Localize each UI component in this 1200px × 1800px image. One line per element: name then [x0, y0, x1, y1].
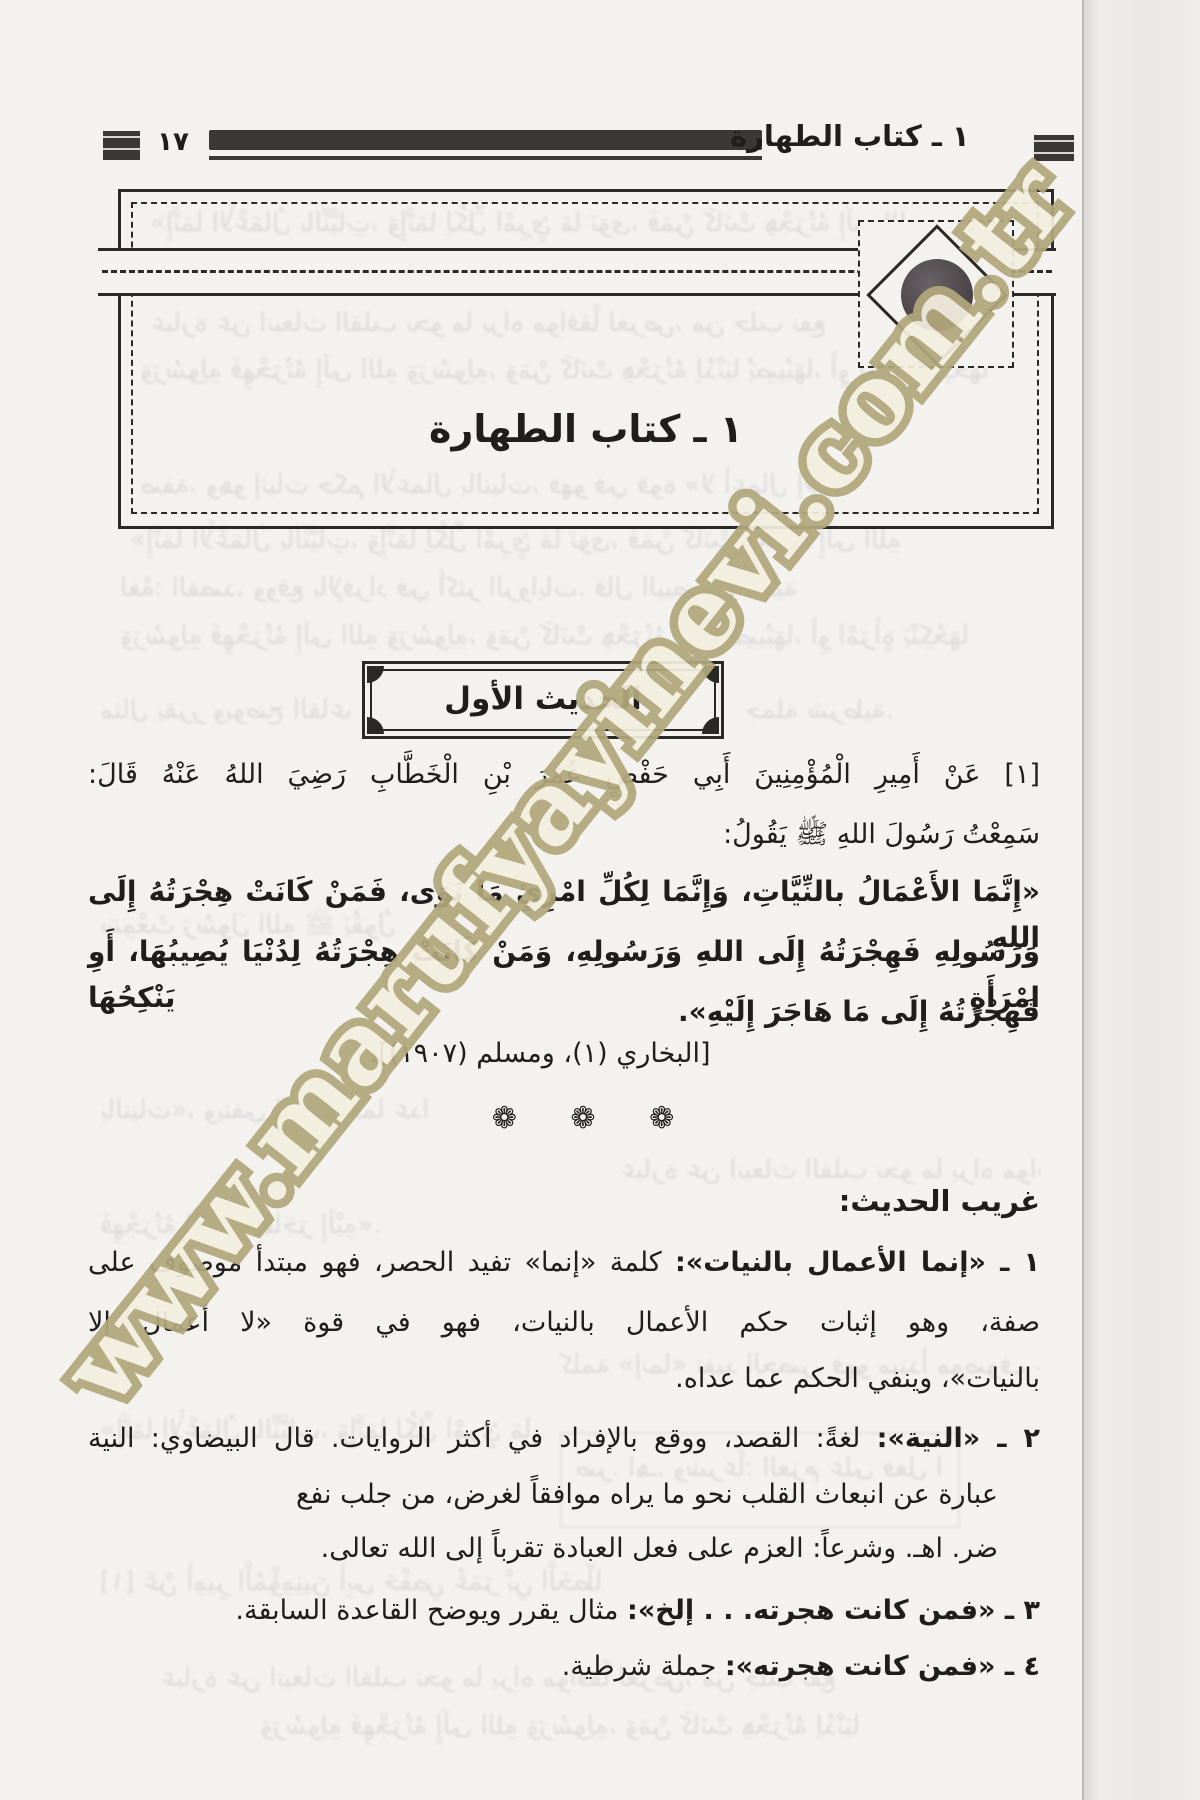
- running-header-title: ١ ـ كتاب الطهارة: [730, 116, 1002, 156]
- bleedthrough-line: لغةً: القصد، ووقع بالإفراد في أكثر الروا…: [120, 568, 1060, 608]
- bleedthrough-line: جملة شرطية.: [745, 690, 1045, 730]
- gharib-item-text: جملة شرطية.: [562, 1651, 717, 1682]
- gharib-item-text: مثال يقرر ويوضح القاعدة السابقة.: [235, 1595, 618, 1626]
- gharib-item-lead: ٣ ـ «فمن كانت هجرته. . . إلخ»:: [627, 1595, 1040, 1626]
- header-right-ornament-block: [1034, 135, 1074, 161]
- source-attribution: [البخاري (١)، ومسلم (١٩٠٧)].: [64, 1031, 1016, 1077]
- bleedthrough-line: مثال يقرر ويوضح القاعدة السابقة.: [100, 690, 350, 730]
- page-edge-shadow: [1082, 0, 1200, 1800]
- header-rule-thin: [209, 156, 762, 160]
- box-corner-notch: [367, 666, 384, 683]
- hadith-isnad-line: سَمِعْتُ رَسُولَ اللهِ ﷺ يَقُولُ:: [88, 812, 1040, 858]
- box-corner-notch: [702, 717, 719, 734]
- gharib-item-lead: ٤ ـ «فمن كانت هجرته»:: [725, 1651, 1040, 1682]
- flower-divider: ❁ ❁ ❁: [118, 1096, 1070, 1142]
- hadith-matn-line: وَرَسُولِهِ فَهِجْرَتُهُ إِلَى اللهِ وَر…: [88, 929, 1040, 975]
- gharib-item-line: ٢ ـ «النية»: لغةً: القصد، ووقع بالإفراد …: [88, 1416, 1040, 1462]
- header-rule-thick: [209, 130, 762, 150]
- hadith-isnad-line: [١] عَنْ أَمِيرِ الْمُؤْمِنِينَ أَبِي حَ…: [88, 752, 1040, 798]
- gharib-item-line: ١ ـ «إنما الأعمال بالنيات»: كلمة «إنما» …: [88, 1240, 1040, 1286]
- gharib-item-lead: ٢ ـ «النية»:: [877, 1423, 1040, 1454]
- flower-ornament-icon: ❁: [649, 1101, 696, 1136]
- chapter-title: ١ ـ كتاب الطهارة: [118, 398, 1054, 460]
- gharib-item-lead: ١ ـ «إنما الأعمال بالنيات»:: [675, 1247, 1040, 1278]
- gharib-item-line: ٣ ـ «فمن كانت هجرته. . . إلخ»: مثال يقرر…: [88, 1588, 1040, 1634]
- flower-ornament-icon: ❁: [492, 1101, 539, 1136]
- box-corner-notch: [702, 666, 719, 683]
- gharib-item-line: ٤ ـ «فمن كانت هجرته»: جملة شرطية.: [88, 1644, 1040, 1690]
- hadith-matn-line: «إِنَّمَا الأَعْمَالُ بالنِّيَّاتِ، وَإِ…: [88, 869, 1040, 915]
- gharib-item-text: لغةً: القصد، ووقع بالإفراد في أكثر الروا…: [88, 1423, 860, 1454]
- book-page-scan: «إِنَّمَا الأَعْمَالُ بالنِّيَّاتِ، وَإِ…: [0, 0, 1200, 1800]
- bleedthrough-line: وَرَسُولِهِ فَهِجْرَتُهُ إِلَى اللهِ وَر…: [260, 1706, 860, 1746]
- flower-ornament-icon: ❁: [570, 1101, 617, 1136]
- gharib-item-line: بالنيات»، وينفي الحكم عما عداه.: [88, 1356, 1040, 1402]
- gharib-item-line: ضر. اهـ. وشرعاً: العزم على فعل العبادة ت…: [88, 1526, 1040, 1572]
- corner-ornament: [858, 220, 1014, 368]
- hadith-matn-line: فَهِجْرَتُهُ إِلَى مَا هَاجَرَ إِلَيْهِ»…: [88, 989, 1040, 1035]
- gharib-item-line: صفة، وهو إثبات حكم الأعمال بالنيات، فهو …: [88, 1300, 1040, 1346]
- section-heading: غريب الحديث:: [88, 1178, 1040, 1224]
- hadith-heading-label: الحديث الأول: [444, 681, 642, 717]
- page-number: ١٧: [146, 124, 200, 160]
- circle-ornament-icon: [901, 259, 973, 331]
- gharib-item-line: عبارة عن انبعاث القلب نحو ما يراه موافقا…: [88, 1472, 1040, 1518]
- box-corner-notch: [367, 717, 384, 734]
- bleedthrough-line: وَرَسُولِهِ فَهِجْرَتُهُ إِلَى اللهِ وَر…: [120, 616, 1060, 656]
- header-left-ornament-block: [103, 131, 140, 160]
- hadith-heading-box: الحديث الأول: [362, 661, 724, 739]
- gharib-item-text: كلمة «إنما» تفيد الحصر، فهو مبتدأ موصوف …: [88, 1247, 662, 1278]
